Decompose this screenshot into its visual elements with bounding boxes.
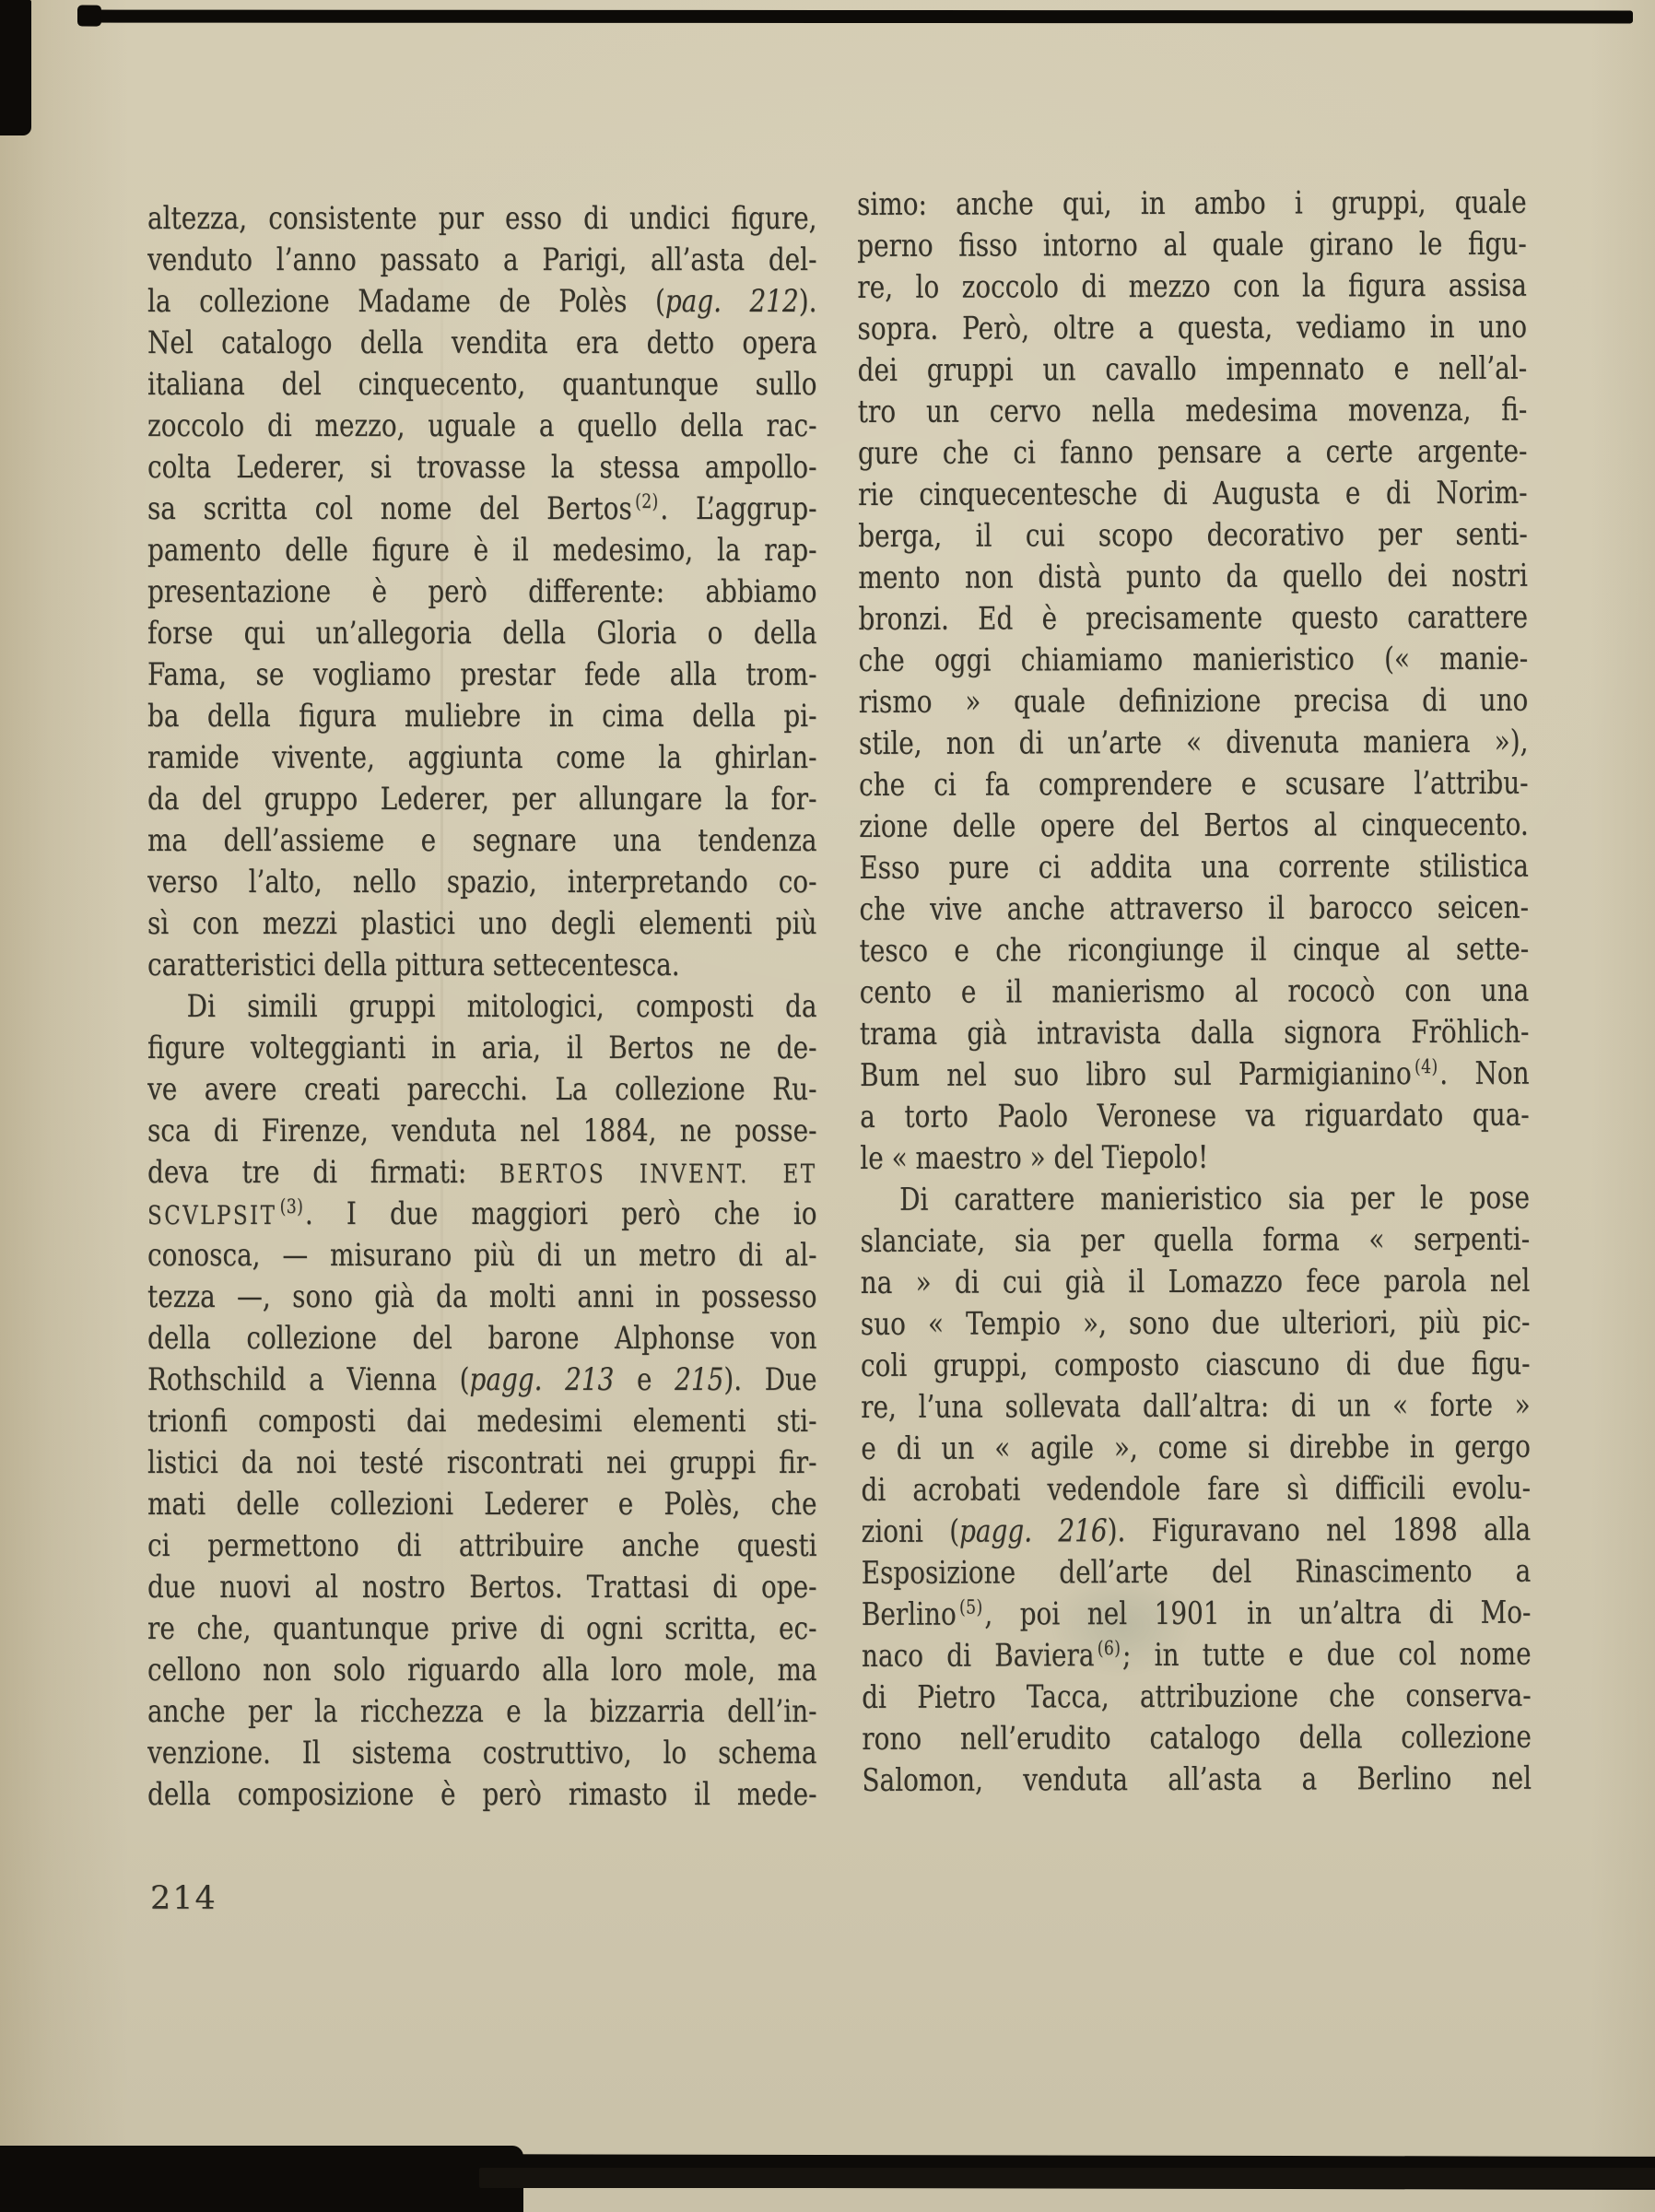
text-segment: suo « Tempio », sono due ulteriori, più … [861,1304,1531,1343]
text-segment: ci permettono di attribuire anche questi [147,1527,817,1564]
text-line: sca di Firenze, venduta nel 1884, ne pos… [147,1111,817,1152]
text-segment: e di un « agile », come si direbbe in ge… [861,1429,1531,1467]
text-segment: presentazione è però differente: abbiamo [147,573,817,610]
text-segment: gure che ci fanno pensare a certe argent… [858,433,1528,472]
text-line: Esposizione dell’arte del Rinascimento a [862,1551,1532,1594]
text-segment: . Non [1439,1055,1529,1092]
text-segment: Di simili gruppi mitologici, composti da [187,988,817,1025]
text-segment: berga, il cui scopo decorativo per senti… [858,516,1528,555]
text-segment: slanciate, sia per quella forma « serpen… [861,1221,1531,1260]
text-line: venzione. Il sistema costruttivo, lo sch… [147,1733,817,1774]
text-segment: figure volteggianti in aria, il Bertos n… [147,1030,817,1066]
text-segment: Nel catalogo della vendita era detto ope… [147,324,817,361]
text-segment: . L’aggrup- [660,490,816,527]
text-segment: ). Due [723,1361,816,1398]
text-segment: na » di cui già il Lomazzo fece parola n… [861,1263,1531,1301]
text-line: Bum nel suo libro sul Parmigianino(4). N… [860,1053,1530,1097]
text-segment: Esso pure ci addita una corrente stilist… [859,848,1529,887]
text-line: rono nell’erudito catalogo della collezi… [862,1717,1532,1760]
text-line: e di un « agile », come si direbbe in ge… [861,1427,1531,1470]
footnote-reference: (6) [1097,1637,1121,1659]
text-segment: venduto l’anno passato a Parigi, all’ast… [147,241,817,278]
left-text-column: altezza, consistente pur esso di undici … [147,198,817,1816]
text-line: ma dell’assieme e segnare una tendenza [147,820,817,862]
text-segment: zioni ( [862,1513,960,1550]
text-segment: zione delle opere del Bertos al cinquece… [859,806,1529,845]
text-segment: BERTOS INVENT. ET [499,1159,816,1189]
text-segment: mento non distà punto da quello dei nost… [858,558,1528,596]
text-segment: bronzi. Ed è precisamente questo caratte… [858,599,1528,638]
text-segment: pag. 212 [665,283,799,320]
text-segment: SCVLPSIT [147,1200,276,1230]
text-line: anche per la ricchezza e la bizzarria de… [147,1691,817,1733]
text-segment: naco di Baviera [862,1637,1095,1675]
text-line: rie cinquecentesche di Augusta e di Nori… [858,473,1528,516]
text-line: Salomon, venduta all’asta a Berlino nel [862,1759,1532,1802]
text-segment: tesco e che ricongiunge il cinque al set… [860,931,1530,970]
text-segment: re che, quantunque prive di ogni scritta… [147,1610,817,1647]
text-segment: dei gruppi un cavallo impennato e nell’a… [858,350,1528,389]
text-segment: le « maestro » del Tiepolo! [860,1139,1208,1177]
text-line: re, l’una sollevata dall’altra: di un « … [861,1385,1531,1429]
text-line: di Pietro Tacca, attribuzione che conser… [862,1676,1532,1719]
text-line: rismo » quale definizione precisa di uno [859,680,1529,724]
text-segment: coli gruppi, composto ciascuno di due fi… [861,1346,1531,1384]
text-line: Nel catalogo della vendita era detto ope… [147,323,817,364]
text-segment: Rothschild a Vienna ( [147,1361,469,1398]
text-line: sa scritta col nome del Bertos(2). L’agg… [147,488,817,530]
text-segment: ve avere creati parecchi. La collezione … [147,1071,817,1108]
text-line: SCVLPSIT(3). I due maggiori però che io [147,1194,817,1235]
text-line: conosca, — misurano più di un metro di a… [147,1235,817,1277]
text-segment: deva tre di firmati: [147,1154,499,1191]
text-line: Fama, se vogliamo prestar fede alla trom… [147,654,817,696]
text-segment: pagg. 216 [959,1512,1108,1550]
text-line: Berlino(5), poi nel 1901 in un’altra di … [862,1593,1532,1636]
text-segment: ba della figura muliebre in cima della p… [147,698,817,735]
text-line: cento e il manierismo al rococò con una [860,971,1530,1014]
text-segment: venzione. Il sistema costruttivo, lo sch… [147,1735,817,1771]
text-segment: rono nell’erudito catalogo della collezi… [862,1719,1532,1758]
text-line: colta Lederer, si trovasse la stessa amp… [147,447,817,488]
text-segment: Salomon, venduta all’asta a Berlino nel [862,1760,1532,1799]
text-line: cellono non solo riguardo alla loro mole… [147,1650,817,1691]
text-segment: che ci fa comprendere e scusare l’attrib… [859,765,1529,804]
text-line: Di carattere manieristico sia per le pos… [860,1178,1530,1221]
text-line: coli gruppi, composto ciascuno di due fi… [861,1344,1531,1387]
text-segment: sì con mezzi plastici uno degli elementi… [147,905,817,942]
text-line: ve avere creati parecchi. La collezione … [147,1069,817,1111]
text-line: tro un cervo nella medesima movenza, fi- [858,390,1528,433]
text-line: naco di Baviera(6); in tutte e due col n… [862,1634,1532,1677]
text-segment: che vive anche attraverso il barocco sei… [859,889,1529,928]
text-segment: pagg. 213 [469,1361,614,1398]
text-line: la collezione Madame de Polès (pag. 212)… [147,281,817,323]
text-segment: da del gruppo Lederer, per allungare la … [147,781,817,818]
text-line: che ci fa comprendere e scusare l’attrib… [859,763,1529,806]
text-line: listici da noi testé riscontrati nei gru… [147,1442,817,1484]
text-segment: altezza, consistente pur esso di undici … [147,200,817,237]
text-line: della collezione del barone Alphonse von [147,1318,817,1359]
right-text-column: simo: anche qui, in ambo i gruppi, quale… [857,182,1532,1802]
text-segment: tezza —, sono già da molti anni in posse… [147,1278,817,1315]
text-line: tesco e che ricongiunge il cinque al set… [860,929,1530,972]
text-segment: caratteristici della pittura settecentes… [147,947,680,983]
text-line: caratteristici della pittura settecentes… [147,945,817,986]
text-segment: di Pietro Tacca, attribuzione che conser… [862,1677,1532,1716]
text-segment: , poi nel 1901 in un’altra di Mo- [984,1594,1531,1633]
text-line: italiana del cinquecento, quantunque sul… [147,364,817,406]
text-line: ci permettono di attribuire anche questi [147,1525,817,1567]
text-segment: due nuovi al nostro Bertos. Trattasi di … [147,1569,817,1606]
text-segment: simo: anche qui, in ambo i gruppi, quale [857,184,1527,223]
text-line: venduto l’anno passato a Parigi, all’ast… [147,240,817,281]
text-segment: della composizione è però rimasto il med… [147,1776,817,1813]
scan-artifact-top-left [0,0,31,135]
text-line: trionfi composti dai medesimi elementi s… [147,1401,817,1442]
text-line: deva tre di firmati: BERTOS INVENT. ET [147,1152,817,1194]
text-segment: conosca, — misurano più di un metro di a… [147,1237,817,1274]
scan-artifact-bottom-right [479,2168,1655,2188]
text-segment: Fama, se vogliamo prestar fede alla trom… [147,656,817,693]
text-segment: zoccolo di mezzo, uguale a quello della … [147,407,817,444]
text-segment: ). Figuravano nel 1898 alla [1108,1512,1532,1549]
text-segment: . I due maggiori però che io [305,1195,817,1232]
text-segment: Esposizione dell’arte del Rinascimento a [862,1553,1532,1592]
text-segment: italiana del cinquecento, quantunque sul… [147,366,817,403]
text-line: due nuovi al nostro Bertos. Trattasi di … [147,1567,817,1608]
footnote-reference: (3) [280,1195,304,1218]
text-segment: trama già intravista dalla signora Fröhl… [860,1014,1530,1053]
text-segment: Di carattere manieristico sia per le pos… [899,1180,1530,1218]
text-segment: stile, non di un’arte « divenuta maniera… [859,724,1529,762]
text-segment: anche per la ricchezza e la bizzarria de… [147,1693,817,1730]
text-segment: a torto Paolo Veronese va riguardato qua… [860,1097,1530,1135]
scan-artifact-top-bar [79,10,1633,24]
footnote-reference: (4) [1414,1055,1438,1077]
text-line: zioni (pagg. 216). Figuravano nel 1898 a… [862,1510,1532,1553]
text-line: della composizione è però rimasto il med… [147,1774,817,1816]
text-line: che vive anche attraverso il barocco sei… [859,888,1529,931]
text-line: re, lo zoccolo di mezzo con la figura as… [857,265,1527,309]
text-line: figure volteggianti in aria, il Bertos n… [147,1028,817,1069]
text-segment: sopra. Però, oltre a questa, vediamo in … [857,309,1527,347]
text-segment: tro un cervo nella medesima movenza, fi- [858,392,1528,430]
text-segment: e [614,1361,675,1398]
text-line: sì con mezzi plastici uno degli elementi… [147,903,817,945]
text-line: forse qui un’allegoria della Gloria o de… [147,613,817,654]
text-segment: perno fisso intorno al quale girano le f… [857,226,1527,265]
text-line: Di simili gruppi mitologici, composti da [147,986,817,1028]
footnote-reference: (2) [635,490,659,512]
text-line: trama già intravista dalla signora Fröhl… [860,1012,1530,1055]
page-number: 214 [150,1880,217,1917]
text-line: che oggi chiamiamo manieristico (« manie… [859,639,1529,682]
text-segment: Berlino [862,1596,957,1633]
text-line: dei gruppi un cavallo impennato e nell’a… [858,348,1528,392]
text-segment: forse qui un’allegoria della Gloria o de… [147,615,817,652]
text-line: na » di cui già il Lomazzo fece parola n… [861,1261,1531,1304]
text-line: zione delle opere del Bertos al cinquece… [859,805,1529,848]
text-segment: listici da noi testé riscontrati nei gru… [147,1444,817,1481]
text-line: re che, quantunque prive di ogni scritta… [147,1608,817,1650]
text-line: le « maestro » del Tiepolo! [860,1136,1530,1180]
text-segment: ramide vivente, aggiunta come la ghirlan… [147,739,817,776]
text-segment: verso l’alto, nello spazio, interpretand… [147,864,817,900]
text-segment: cellono non solo riguardo alla loro mole… [147,1652,817,1688]
text-line: mati delle collezioni Lederer e Polès, c… [147,1484,817,1525]
text-line: bronzi. Ed è precisamente questo caratte… [858,597,1528,641]
text-segment: rie cinquecentesche di Augusta e di Nori… [858,475,1528,513]
text-line: Esso pure ci addita una corrente stilist… [859,846,1529,889]
book-page: altezza, consistente pur esso di undici … [0,0,1655,2212]
text-segment: mati delle collezioni Lederer e Polès, c… [147,1486,817,1523]
text-line: gure che ci fanno pensare a certe argent… [858,431,1528,475]
text-line: pamento delle figure è il medesimo, la r… [147,530,817,571]
text-line: stile, non di un’arte « divenuta maniera… [859,722,1529,765]
text-line: verso l’alto, nello spazio, interpretand… [147,862,817,903]
text-segment: sa scritta col nome del Bertos [147,490,632,527]
text-line: tezza —, sono già da molti anni in posse… [147,1277,817,1318]
text-segment: re, lo zoccolo di mezzo con la figura as… [857,267,1527,306]
text-segment: pamento delle figure è il medesimo, la r… [147,532,817,569]
text-line: berga, il cui scopo decorativo per senti… [858,514,1528,558]
text-line: da del gruppo Lederer, per allungare la … [147,779,817,820]
text-segment: che oggi chiamiamo manieristico (« manie… [859,641,1529,679]
text-line: presentazione è però differente: abbiamo [147,571,817,613]
text-segment: trionfi composti dai medesimi elementi s… [147,1403,817,1440]
text-line: di acrobati vedendole fare sì difficili … [861,1468,1531,1512]
text-segment: di acrobati vedendole fare sì difficili … [861,1470,1531,1509]
text-segment: colta Lederer, si trovasse la stessa amp… [147,449,817,486]
text-line: altezza, consistente pur esso di undici … [147,198,817,240]
text-segment: 215 [675,1361,723,1398]
text-line: perno fisso intorno al quale girano le f… [857,224,1527,267]
text-segment: Bum nel suo libro sul Parmigianino [860,1055,1412,1094]
text-line: simo: anche qui, in ambo i gruppi, quale [857,182,1527,226]
footnote-reference: (5) [959,1596,983,1618]
text-segment: ; in tutte e due col nome [1122,1636,1532,1674]
text-segment: ma dell’assieme e segnare una tendenza [147,822,817,859]
text-segment: la collezione Madame de Polès ( [147,283,665,320]
text-line: zoccolo di mezzo, uguale a quello della … [147,406,817,447]
text-segment: sca di Firenze, venduta nel 1884, ne pos… [147,1112,817,1149]
text-segment: cento e il manierismo al rococò con una [860,972,1530,1011]
text-segment: ). [799,283,817,320]
text-line: suo « Tempio », sono due ulteriori, più … [861,1302,1531,1346]
text-line: sopra. Però, oltre a questa, vediamo in … [857,307,1527,350]
text-line: ramide vivente, aggiunta come la ghirlan… [147,737,817,779]
text-segment: della collezione del barone Alphonse von [147,1320,817,1357]
text-line: ba della figura muliebre in cima della p… [147,696,817,737]
text-line: slanciate, sia per quella forma « serpen… [861,1219,1531,1263]
text-line: a torto Paolo Veronese va riguardato qua… [860,1095,1530,1138]
text-segment: rismo » quale definizione precisa di uno [859,682,1529,721]
text-line: mento non distà punto da quello dei nost… [858,556,1528,599]
text-segment: re, l’una sollevata dall’altra: di un « … [861,1387,1531,1426]
scan-artifact-bottom-left [0,2146,523,2212]
text-line: Rothschild a Vienna (pagg. 213 e 215). D… [147,1359,817,1401]
